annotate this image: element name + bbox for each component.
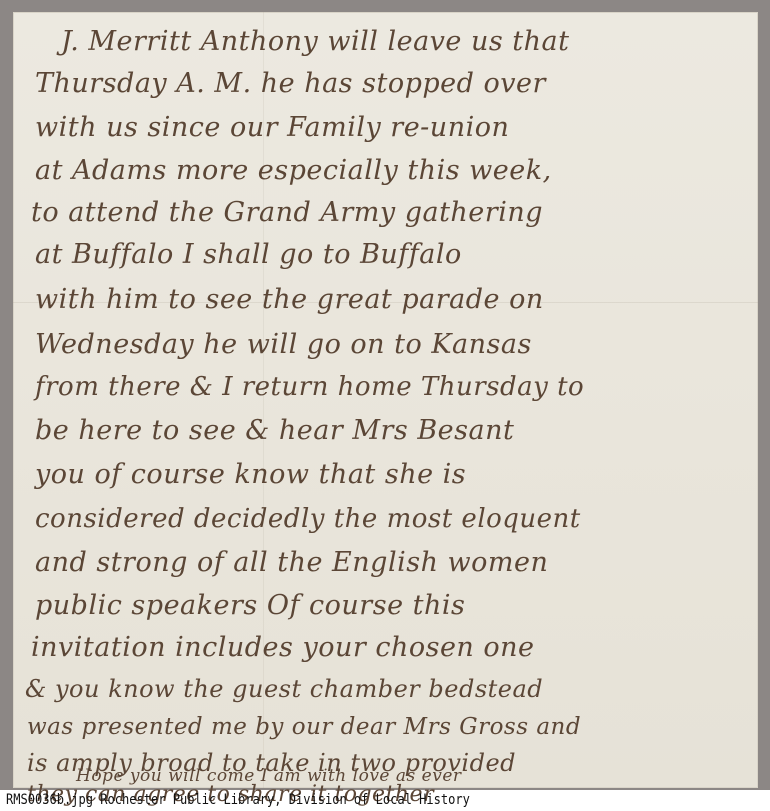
letter-paper: J. Merritt Anthony will leave us that Th… [13, 12, 758, 788]
letter-line-10: be here to see & hear Mrs Besant [35, 415, 514, 446]
letter-line-17: was presented me by our dear Mrs Gross a… [27, 714, 581, 740]
letter-line-14: public speakers Of course this [35, 590, 465, 621]
image-caption: RMS0036b.jpg Rochester Public Library, D… [6, 790, 470, 811]
scanned-letter-image: J. Merritt Anthony will leave us that Th… [0, 0, 770, 790]
letter-line-7: with him to see the great parade on [35, 284, 544, 315]
letter-line-16: & you know the guest chamber bedstead [25, 675, 543, 703]
letter-line-8: Wednesday he will go on to Kansas [35, 329, 532, 360]
letter-line-12: considered decidedly the most eloquent [35, 504, 581, 534]
letter-line-2: Thursday A. M. he has stopped over [35, 68, 546, 99]
letter-line-9: from there & I return home Thursday to [35, 372, 584, 402]
letter-line-11: you of course know that she is [35, 459, 466, 490]
letter-line-3: with us since our Family re-union [35, 112, 509, 143]
letter-line-5: to attend the Grand Army gathering [31, 197, 543, 228]
letter-closing: Hope you will come I am with love as eve… [76, 766, 462, 786]
letter-line-4: at Adams more especially this week, [35, 155, 552, 186]
letter-line-4-text: at Adams more especially this week, [35, 155, 552, 186]
letter-line-6: at Buffalo I shall go to Buffalo [35, 239, 462, 270]
letter-line-1: J. Merritt Anthony will leave us that [61, 26, 570, 57]
handwritten-text: J. Merritt Anthony will leave us that Th… [13, 12, 758, 788]
letter-line-15: invitation includes your chosen one [31, 632, 535, 663]
letter-line-13: and strong of all the English women [35, 547, 548, 578]
